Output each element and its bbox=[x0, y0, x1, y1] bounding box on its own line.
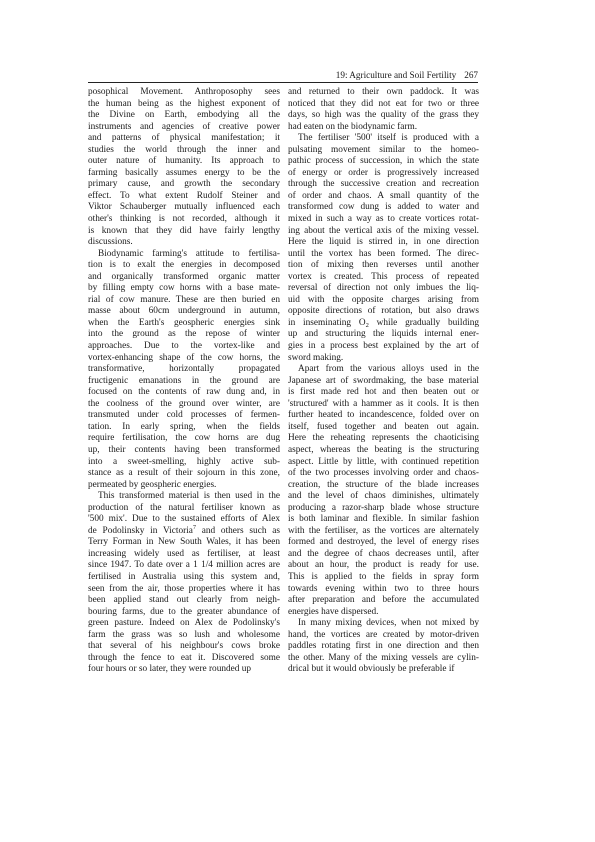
text-line: and the degree of chaos decreases until,… bbox=[288, 549, 479, 561]
text-line: producing a razor-sharp blade whose stru… bbox=[288, 503, 479, 515]
text-line: four hours or so later, they were rounde… bbox=[88, 664, 280, 676]
text-line: the Divine on Earth, embodying all the bbox=[88, 110, 280, 122]
text-line: and patterns of physical manifestation; … bbox=[88, 133, 280, 145]
text-line: Here the reheating represents the chaoti… bbox=[288, 433, 479, 445]
text-line: been applied stand out clearly from neig… bbox=[88, 595, 280, 607]
text-line: pathic process of succession, in which t… bbox=[288, 156, 479, 168]
text-line: reversal of direction not only imbues th… bbox=[288, 283, 479, 295]
text-line: further heated to incandescence, folded … bbox=[288, 410, 479, 422]
text-line: towards evening within two to three hour… bbox=[288, 584, 479, 596]
text-line: that several of his neighbour's cows bro… bbox=[88, 641, 280, 653]
text-line: instruments and agencies of creative pow… bbox=[88, 122, 280, 134]
text-line: de Podolinsky in Victoria7 and others su… bbox=[88, 526, 280, 538]
text-line: permeated by geospheric energies. bbox=[88, 480, 280, 492]
text-line: transformed cow dung is added to water a… bbox=[288, 202, 479, 214]
text-line: approaches. Due to the vortex-like and bbox=[88, 341, 280, 353]
text-line: hand, the vortices are created by motor-… bbox=[288, 630, 479, 642]
text-line: stance as a result of their sojourn in t… bbox=[88, 468, 280, 480]
text-line: outer nature of humanity. Its approach t… bbox=[88, 156, 280, 168]
text-line: up, their contents having been transform… bbox=[88, 445, 280, 457]
text-line: energies have dispersed. bbox=[288, 607, 479, 619]
text-line: vortex is created. This process of repea… bbox=[288, 272, 479, 284]
text-line: after preparation and before the accumul… bbox=[288, 595, 479, 607]
text-line: with the fertiliser, as the vortices are… bbox=[288, 526, 479, 538]
text-line: Biodynamic farming's attitude to fertili… bbox=[88, 249, 280, 261]
text-line: and organically transformed organic matt… bbox=[88, 272, 280, 284]
text-line: into a sweet-smelling, highly active sub… bbox=[88, 457, 280, 469]
text-line: transformative, horizontally propagated bbox=[88, 364, 280, 376]
text-line: tation. In early spring, when the fields bbox=[88, 422, 280, 434]
text-line: sword making. bbox=[288, 353, 479, 365]
text-line: is both laminar and flexible. In similar… bbox=[288, 514, 479, 526]
text-line: aspect, whereas the beating is the struc… bbox=[288, 445, 479, 457]
right-column: and returned to their own paddock. It wa… bbox=[288, 87, 479, 676]
text-line: gies in a process best explained by the … bbox=[288, 341, 479, 353]
text-line: mixed in such a way as to create vortice… bbox=[288, 214, 479, 226]
text-line: effect. To what extent Rudolf Steiner an… bbox=[88, 191, 280, 203]
text-line: require fertilisation, the cow horns are… bbox=[88, 433, 280, 445]
left-column: posophical Movement. Anthroposophy seest… bbox=[88, 87, 280, 676]
text-line: In many mixing devices, when not mixed b… bbox=[288, 618, 479, 630]
text-line: up and structuring the liquids internal … bbox=[288, 329, 479, 341]
text-line: in inseminating O2 while gradually build… bbox=[288, 318, 479, 330]
text-line: of order and chaos. A small quantity of … bbox=[288, 191, 479, 203]
text-line: the coolness of the ground over winter, … bbox=[88, 399, 280, 411]
chapter-title: 19: Agriculture and Soil Fertility bbox=[336, 70, 456, 80]
text-line: itself, fused together and beaten out ag… bbox=[288, 422, 479, 434]
text-line: Japanese art of swordmaking, the base ma… bbox=[288, 376, 479, 388]
text-line: when the Earth's geospheric energies sin… bbox=[88, 318, 280, 330]
text-line: farm the grass was so lush and wholesome bbox=[88, 630, 280, 642]
text-line: through the successive creation and recr… bbox=[288, 179, 479, 191]
text-line: rial of cow manure. These are then burie… bbox=[88, 295, 280, 307]
text-line: is first made red hot and then beaten ou… bbox=[288, 387, 479, 399]
text-line: other's thinking is not recorded, althou… bbox=[88, 214, 280, 226]
text-line: focused on the contents of raw dung and,… bbox=[88, 387, 280, 399]
text-line: into the ground as the repose of winter bbox=[88, 329, 280, 341]
text-line: transmuted under cold processes of ferme… bbox=[88, 410, 280, 422]
text-line: pulsating movement similar to the homeo- bbox=[288, 145, 479, 157]
text-line: increasing widely used as fertiliser, at… bbox=[88, 549, 280, 561]
text-line: creation, the structure of the blade inc… bbox=[288, 480, 479, 492]
text-line: Terry Forman in New South Wales, it has … bbox=[88, 537, 280, 549]
text-line: vortex-enhancing shape of the cow horns,… bbox=[88, 353, 280, 365]
text-line: had eaten on the biodynamic farm. bbox=[288, 122, 479, 134]
text-line: studies the world through the inner and bbox=[88, 145, 280, 157]
text-line: This transformed material is then used i… bbox=[88, 491, 280, 503]
text-line: fructigenic emanations in the ground are bbox=[88, 376, 280, 388]
text-line: discussions. bbox=[88, 237, 280, 249]
text-line: days, so high was the quality of the gra… bbox=[288, 110, 479, 122]
text-line: This is applied to the fields in spray f… bbox=[288, 572, 479, 584]
page-number: 267 bbox=[464, 70, 478, 80]
text-line: 'structured' with a hammer as it cools. … bbox=[288, 399, 479, 411]
text-line: posophical Movement. Anthroposophy sees bbox=[88, 87, 280, 99]
text-line: of energy or order is progressively incr… bbox=[288, 168, 479, 180]
text-line: green pasture. Indeed on Alex de Podolin… bbox=[88, 618, 280, 630]
text-line: since 1947. To date over a 1 1/4 million… bbox=[88, 560, 280, 572]
text-line: masse about 60cm underground in autumn, bbox=[88, 306, 280, 318]
text-line: Here the liquid is stirred in, in one di… bbox=[288, 237, 479, 249]
text-line: about an hour, the product is ready for … bbox=[288, 560, 479, 572]
text-line: by filling empty cow horns with a base m… bbox=[88, 283, 280, 295]
text-line: of the two processes involving order and… bbox=[288, 468, 479, 480]
text-line: production of the natural fertiliser kno… bbox=[88, 503, 280, 515]
text-line: fertilised in Australia using this syste… bbox=[88, 572, 280, 584]
text-line: the other. Many of the mixing vessels ar… bbox=[288, 653, 479, 665]
text-line: opposite directions of rotation, but als… bbox=[288, 306, 479, 318]
text-line: uid with the opposite charges arising fr… bbox=[288, 295, 479, 307]
text-line: tion of mixing then reverses until anoth… bbox=[288, 260, 479, 272]
running-head: 19: Agriculture and Soil Fertility267 bbox=[88, 70, 478, 83]
text-line: aspect. Little by little, with continued… bbox=[288, 457, 479, 469]
text-line: formed and destroyed, the level of energ… bbox=[288, 537, 479, 549]
text-line: primary cause, and growth the secondary bbox=[88, 179, 280, 191]
text-line: tion is to exalt the energies in decompo… bbox=[88, 260, 280, 272]
text-line: the human being as the highest exponent … bbox=[88, 99, 280, 111]
text-line: noticed that they did not eat for two or… bbox=[288, 99, 479, 111]
text-line: bouring farms, due to the greater abunda… bbox=[88, 607, 280, 619]
text-line: paddles rotating first in one direction … bbox=[288, 641, 479, 653]
text-line: seen from the air, those properties wher… bbox=[88, 584, 280, 596]
text-line: '500 mix'. Due to the sustained efforts … bbox=[88, 514, 280, 526]
text-line: until the vortex has been formed. The di… bbox=[288, 249, 479, 261]
text-line: is known that they did have fairly lengt… bbox=[88, 226, 280, 238]
text-line: and the level of chaos diminishes, ultim… bbox=[288, 491, 479, 503]
text-line: Viktor Schauberger mutually influenced e… bbox=[88, 202, 280, 214]
text-line: through the fence to eat it. Discovered … bbox=[88, 653, 280, 665]
text-line: Apart from the various alloys used in th… bbox=[288, 364, 479, 376]
text-line: and returned to their own paddock. It wa… bbox=[288, 87, 479, 99]
text-line: drical but it would obviously be prefera… bbox=[288, 664, 479, 676]
text-line: farming basically assumes energy to be t… bbox=[88, 168, 280, 180]
text-line: The fertiliser '500' itself is produced … bbox=[288, 133, 479, 145]
text-line: ing about the vertical axis of the mixin… bbox=[288, 226, 479, 238]
